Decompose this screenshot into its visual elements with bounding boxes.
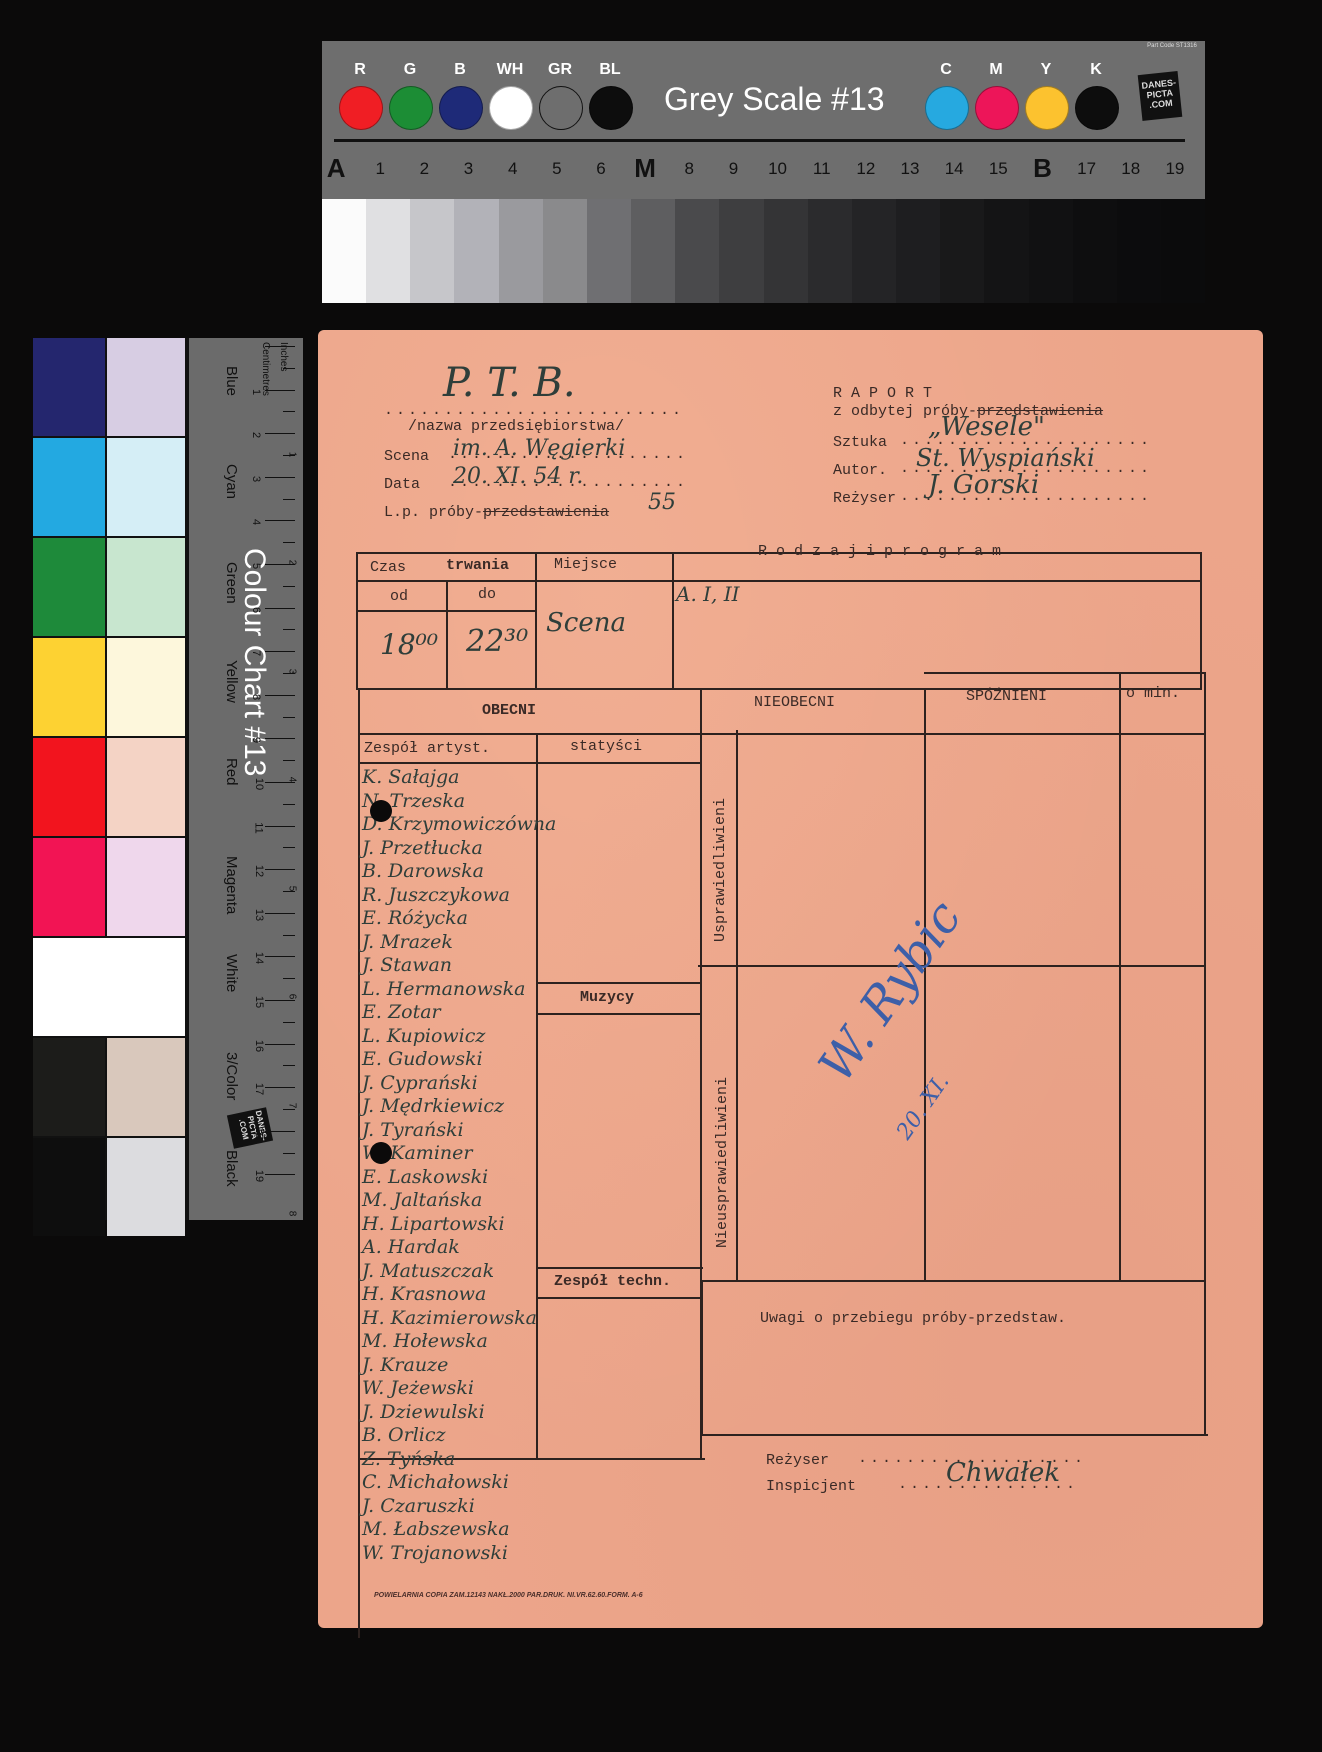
company-label: /nazwa przedsiębiorstwa/ — [408, 418, 624, 435]
artist-name: J. Mrazek — [362, 931, 453, 953]
step-label: 1 — [360, 159, 400, 179]
ruler-tick — [283, 1109, 295, 1110]
czas-label: Czas — [370, 559, 406, 576]
ruler-tick — [265, 1044, 295, 1045]
od-label: od — [390, 588, 408, 605]
table-line — [538, 1297, 703, 1299]
colour-label: Black — [223, 1150, 240, 1187]
patch-cyan-light — [107, 438, 185, 536]
patch-black-light — [107, 1138, 185, 1236]
ruler-inch-mark: 4 — [286, 777, 297, 783]
grey-step — [1117, 199, 1161, 303]
table-line — [356, 580, 1200, 582]
artist-name: B. Darowska — [362, 860, 484, 882]
grey-step — [410, 199, 454, 303]
autor-value: St. Wyspiański — [916, 444, 1095, 472]
table-line — [358, 733, 1204, 735]
ruler-cm-mark: 1 — [250, 389, 262, 395]
step-label: 17 — [1067, 159, 1107, 179]
ruler-tick — [283, 542, 295, 543]
grey-step — [719, 199, 763, 303]
ruler-tick — [283, 629, 295, 630]
ruler-tick — [265, 738, 295, 739]
ruler-cm-mark: 6 — [250, 607, 262, 613]
table-line — [356, 688, 1202, 690]
colour-label: Cyan — [223, 464, 240, 499]
scena-label: Scena — [384, 448, 429, 465]
rodzaj-label: R o d z a j i p r o g r a m — [758, 543, 1001, 560]
ruler-tick — [265, 390, 295, 391]
swatch-label: M — [975, 61, 1017, 79]
step-label: 18 — [1111, 159, 1151, 179]
ruler-tick — [265, 477, 295, 478]
swatch-gr — [539, 86, 583, 130]
ruler-tick — [265, 1131, 295, 1132]
colour-patches — [33, 338, 189, 1220]
artist-name: A. Hardak — [362, 1236, 460, 1258]
ruler-inch-mark: 6 — [286, 994, 297, 1000]
ruler-cm-mark: 3 — [250, 476, 262, 482]
dotted-line: ......................... — [384, 402, 684, 419]
patch-blue-dark — [33, 338, 105, 436]
patch-green-dark — [33, 538, 105, 636]
ruler: Inches Centimetres 123456789101112131415… — [251, 338, 303, 1220]
grey-step — [322, 199, 366, 303]
rezyser-value: J. Gorski — [928, 470, 1039, 500]
ruler-tick — [265, 1087, 295, 1088]
ruler-cm-mark: 12 — [253, 865, 265, 877]
swatch-m — [975, 86, 1019, 130]
od-value: 18⁰⁰ — [380, 628, 438, 661]
artist-name: E. Laskowski — [362, 1166, 488, 1188]
artist-name: W. Trojanowski — [362, 1542, 508, 1564]
ruler-cm-mark: 18 — [253, 1127, 265, 1139]
o-min-label: o min. — [1126, 685, 1180, 702]
artist-name: B. Orlicz — [362, 1424, 446, 1446]
do-label: do — [478, 586, 496, 603]
zespol-techn-label: Zespół techn. — [554, 1273, 671, 1290]
trwania-label: trwania — [446, 557, 509, 574]
ruler-cm-mark: 7 — [250, 650, 262, 656]
artist-name: J. Stawan — [362, 954, 452, 976]
divider — [334, 139, 1185, 142]
ruler-cm-mark: 5 — [250, 563, 262, 569]
ruler-inch-mark: 2 — [286, 560, 297, 566]
ruler-tick — [265, 913, 295, 914]
obecni-label: OBECNI — [482, 702, 536, 719]
step-label: 8 — [669, 159, 709, 179]
patch-red-light — [107, 738, 185, 836]
blue-signature: W. Rybic — [808, 891, 973, 1093]
step-label: 10 — [758, 159, 798, 179]
zespol-artyst-label: Zespół artyst. — [364, 740, 490, 757]
swatch-b — [439, 86, 483, 130]
ruler-tick — [265, 826, 295, 827]
ruler-cm-mark: 16 — [253, 1039, 265, 1051]
ruler-tick — [283, 411, 295, 412]
ruler-inch-mark: 3 — [286, 668, 297, 674]
artist-name: J. Krauze — [362, 1354, 448, 1376]
table-line — [535, 552, 537, 688]
step-label: 9 — [713, 159, 753, 179]
patch-blue-light — [107, 338, 185, 436]
grey-step — [1161, 199, 1205, 303]
artist-name: J. Dziewulski — [362, 1401, 485, 1423]
swatch-bl — [589, 86, 633, 130]
ruler-cm-mark: 15 — [253, 996, 265, 1008]
footer-inspicjent-value: Chwałek — [946, 1458, 1060, 1488]
step-label: 13 — [890, 159, 930, 179]
artist-name: E. Różycka — [362, 907, 468, 929]
ruler-tick — [265, 956, 295, 957]
grey-scale-step-labels: A123456M89101112131415B171819 — [322, 159, 1205, 189]
ruler-cm-mark: 9 — [250, 737, 262, 743]
artist-name: J. Tyrański — [362, 1119, 464, 1141]
ruler-tick — [283, 368, 295, 369]
miejsce-label: Miejsce — [554, 556, 617, 573]
table-line — [924, 672, 1206, 674]
artist-name: E. Zotar — [362, 1001, 441, 1023]
colour-labels: BlueCyanGreenYellowRedMagentaWhite3/Colo… — [188, 338, 228, 1220]
uwagi-label: Uwagi o przebiegu próby-przedstaw. — [760, 1310, 1066, 1327]
lp-value: 55 — [648, 490, 676, 515]
artist-name: J. Przetłucka — [362, 837, 483, 859]
ruler-cm-mark: 17 — [253, 1083, 265, 1095]
ruler-tick — [283, 847, 295, 848]
swatch-c — [925, 86, 969, 130]
swatch-label: K — [1075, 61, 1117, 79]
ruler-tick — [265, 346, 295, 347]
ruler-tick — [265, 695, 295, 696]
swatch-label: GR — [539, 61, 581, 79]
grey-scale-card: RGBWHGRBLCMYK Grey Scale #13 Part Code S… — [322, 41, 1205, 303]
grey-scale-title: Grey Scale #13 — [664, 81, 885, 118]
table-line — [1119, 672, 1121, 1280]
step-label: 4 — [493, 159, 533, 179]
artist-name: M. Jaltańska — [362, 1189, 482, 1211]
ruler-tick — [265, 869, 295, 870]
ruler-tick — [283, 1065, 295, 1066]
ruler-cm-mark: 11 — [253, 822, 265, 833]
ruler-cm-mark: 10 — [253, 778, 265, 790]
rehearsal-report-form: P. T. B. ......................... /nazw… — [318, 330, 1263, 1628]
patch-yellow-dark — [33, 638, 105, 736]
patch-magenta-light — [107, 838, 185, 936]
swatch-label: C — [925, 61, 967, 79]
swatch-label: WH — [489, 61, 531, 79]
table-line — [1200, 552, 1202, 688]
artist-name: H. Lipartowski — [362, 1213, 505, 1235]
patch-yellow-light — [107, 638, 185, 736]
miejsce-value: Scena — [546, 608, 626, 638]
grey-step — [543, 199, 587, 303]
ruler-cm-mark: 13 — [253, 909, 265, 921]
patch-red-dark — [33, 738, 105, 836]
swatch-label: R — [339, 61, 381, 79]
artist-name: Z. Tyńska — [362, 1448, 455, 1470]
grey-step — [1029, 199, 1073, 303]
grey-step — [1073, 199, 1117, 303]
grey-step — [808, 199, 852, 303]
table-line — [701, 1280, 703, 1436]
colour-label: White — [223, 954, 240, 992]
ruler-tick — [283, 804, 295, 805]
swatch-y — [1025, 86, 1069, 130]
punch-hole — [370, 800, 392, 822]
table-line — [358, 762, 700, 764]
ruler-cm-mark: 14 — [253, 952, 265, 964]
program-value: A. I, II — [676, 582, 740, 606]
table-line — [446, 580, 448, 688]
ruler-tick — [283, 499, 295, 500]
ruler-tick — [283, 760, 295, 761]
grey-step — [764, 199, 808, 303]
step-label: 6 — [581, 159, 621, 179]
table-line — [672, 552, 674, 688]
artist-name: M. Łabszewska — [362, 1518, 510, 1540]
step-label: 15 — [978, 159, 1018, 179]
artist-name: J. Matuszczak — [362, 1260, 494, 1282]
step-label: 3 — [449, 159, 489, 179]
table-line — [536, 982, 701, 984]
swatch-r — [339, 86, 383, 130]
artist-name: K. Sałajga — [362, 766, 460, 788]
spoznieni-label: SPÓŹNIENI — [966, 688, 1047, 705]
table-line — [698, 965, 1206, 967]
ruler-tick — [283, 1153, 295, 1154]
step-label: 2 — [404, 159, 444, 179]
ruler-tick — [283, 935, 295, 936]
part-code: Part Code ST1316 — [1142, 43, 1202, 49]
table-line — [356, 552, 358, 689]
grey-step — [852, 199, 896, 303]
ruler-tick — [265, 1000, 295, 1001]
grey-step — [896, 199, 940, 303]
artist-name: M. Hołewska — [362, 1330, 488, 1352]
ruler-tick — [265, 433, 295, 434]
patch-black-dark — [33, 1138, 105, 1236]
patch-3/color-light — [107, 1038, 185, 1136]
nieusprawiedliwieni-label: Nieusprawiedliwieni — [714, 1077, 731, 1248]
scena-value: im. A. Węgierki — [453, 436, 625, 461]
footer-inspicjent-label: Inspicjent — [766, 1478, 856, 1495]
swatch-k — [1075, 86, 1119, 130]
grey-step — [454, 199, 498, 303]
colour-label: 3/Color — [223, 1052, 240, 1100]
ruler-tick — [283, 978, 295, 979]
artist-name: J. Cyprański — [362, 1072, 478, 1094]
do-value: 22³⁰ — [466, 624, 528, 659]
swatch-label: Y — [1025, 61, 1067, 79]
ruler-tick — [265, 1174, 295, 1175]
step-label: 14 — [934, 159, 974, 179]
artist-name: L. Hermanowska — [362, 978, 525, 1000]
swatch-label: BL — [589, 61, 631, 79]
table-line — [358, 688, 360, 1638]
swatch-label: G — [389, 61, 431, 79]
step-label: 5 — [537, 159, 577, 179]
ruler-tick — [283, 1022, 295, 1023]
colour-chart-card: BlueCyanGreenYellowRedMagentaWhite3/Colo… — [33, 338, 303, 1220]
raport-title: R A P O R T — [833, 385, 932, 402]
autor-label: Autor. — [833, 462, 887, 479]
danes-picta-logo: DANES-PICTA .COM — [1138, 71, 1183, 121]
punch-hole — [370, 1142, 392, 1164]
colour-label: Blue — [223, 366, 240, 396]
swatch-g — [389, 86, 433, 130]
grey-step — [675, 199, 719, 303]
table-line — [736, 730, 738, 1282]
ruler-tick — [283, 717, 295, 718]
artist-name: L. Kupiowicz — [362, 1025, 485, 1047]
patch-3/color-dark — [33, 1038, 105, 1136]
step-label: A — [316, 153, 356, 184]
ruler-tick — [265, 520, 295, 521]
patch-green-light — [107, 538, 185, 636]
sztuka-value: „Wesele" — [928, 412, 1045, 442]
ruler-inch-mark: 5 — [286, 885, 297, 891]
step-label: 12 — [846, 159, 886, 179]
grey-scale-steps — [322, 199, 1205, 303]
artist-name: C. Michałowski — [362, 1471, 509, 1493]
artist-name: W. Jeżewski — [362, 1377, 474, 1399]
ruler-tick — [265, 651, 295, 652]
artist-name: R. Juszczykowa — [362, 884, 510, 906]
table-line — [536, 733, 538, 1458]
data-value: 20. XI. 54 r. — [453, 464, 583, 489]
rezyser-label: Reżyser — [833, 490, 896, 507]
table-line — [1204, 672, 1206, 1436]
artist-name: H. Kazimierowska — [362, 1307, 537, 1329]
colour-label: Magenta — [223, 856, 240, 914]
swatch-label: B — [439, 61, 481, 79]
ruler-cm-mark: 19 — [253, 1170, 265, 1182]
ruler-inch-mark: 7 — [286, 1102, 297, 1108]
footer-rezyser-label: Reżyser — [766, 1452, 829, 1469]
nieobecni-label: NIEOBECNI — [754, 694, 835, 711]
ruler-cm-mark: 8 — [250, 694, 262, 700]
data-label: Data — [384, 476, 420, 493]
usprawiedliwieni-label: Usprawiedliwieni — [712, 798, 729, 942]
artist-name: D. Krzymowiczówna — [362, 813, 556, 835]
artist-name: H. Krasnowa — [362, 1283, 486, 1305]
patch-white — [33, 938, 185, 1036]
grey-step — [940, 199, 984, 303]
artist-name: J. Czaruszki — [362, 1495, 475, 1517]
grey-step — [499, 199, 543, 303]
artist-name: E. Gudowski — [362, 1048, 483, 1070]
ruler-tick — [283, 586, 295, 587]
lp-label: L.p. próby-przedstawienia — [384, 504, 609, 521]
step-label: 19 — [1155, 159, 1195, 179]
swatch-wh — [489, 86, 533, 130]
table-line — [538, 1267, 703, 1269]
table-line — [701, 1280, 1206, 1282]
ruler-unit-cm: Centimetres — [260, 342, 271, 396]
grey-step — [631, 199, 675, 303]
artist-name: J. Mędrkiewicz — [362, 1095, 504, 1117]
company-handwritten: P. T. B. — [443, 360, 576, 406]
grey-step — [984, 199, 1028, 303]
ruler-inch-mark: 8 — [286, 1211, 297, 1217]
step-label: 11 — [802, 159, 842, 179]
step-label: B — [1022, 153, 1062, 184]
step-label: M — [625, 153, 665, 184]
grey-step — [366, 199, 410, 303]
patch-cyan-dark — [33, 438, 105, 536]
muzycy-label: Muzycy — [580, 989, 634, 1006]
sztuka-label: Sztuka — [833, 434, 887, 451]
ruler-cm-mark: 4 — [250, 519, 262, 525]
patch-magenta-dark — [33, 838, 105, 936]
table-line — [701, 1434, 1208, 1436]
print-note: POWIELARNIA COPIA ZAM.12143 NAKŁ.2000 PA… — [374, 1592, 643, 1599]
table-line — [536, 1013, 701, 1015]
statysci-label: statyści — [570, 738, 642, 755]
ruler-inch-mark: 1 — [286, 451, 297, 457]
ruler-tick — [265, 608, 295, 609]
ruler-cm-mark: 2 — [250, 432, 262, 438]
grey-step — [587, 199, 631, 303]
